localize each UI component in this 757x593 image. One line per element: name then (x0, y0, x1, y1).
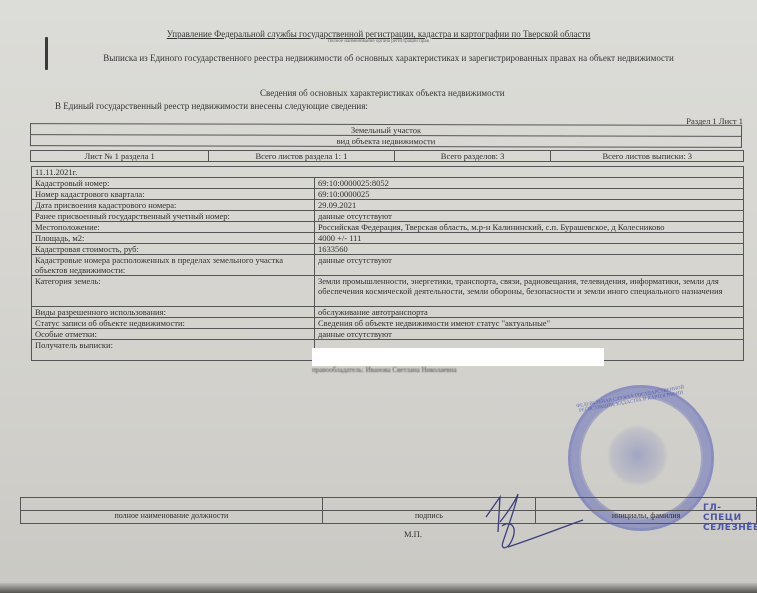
total-sheets-extract: Всего листов выписки: 3 (551, 151, 744, 162)
section-title: Сведения об основных характеристиках объ… (260, 88, 505, 98)
redaction-box (312, 348, 604, 366)
location: Российская Федерация, Тверская область, … (315, 222, 744, 233)
table-row: Дата присвоения кадастрового номера:29.0… (32, 200, 744, 211)
signature-table: полное наименование должности подпись ин… (20, 497, 757, 524)
permitted-use: обслуживание автотранспорта (315, 307, 744, 318)
table-row: Кадастровые номера расположенных в преде… (32, 255, 744, 276)
land-category: Земли промышленности, энергетики, трансп… (315, 276, 744, 307)
object-type-caption: вид объекта недвижимости (30, 135, 741, 148)
table-row: Площадь, м2:4000 +/- 111 (32, 233, 744, 244)
total-sheets-section: Всего листов раздела 1: 1 (209, 151, 394, 162)
eagle-emblem-icon (602, 420, 674, 492)
official-name-stamp: ГЛ- СПЕЦИ СЕЛЕЗНЁВ (703, 503, 757, 533)
cadastral-number: 69:10:0000025:8052 (315, 178, 744, 189)
extract-date: 11.11.2021г. (32, 167, 744, 178)
cadastral-value: 1633560 (315, 244, 744, 255)
authority-subtitle: полное наименование органа регистрации п… (0, 39, 757, 44)
seal-place: М.П. (404, 529, 422, 539)
cadastral-quarter: 69:10:0000025 (315, 189, 744, 200)
recipient-partial: правообладатель: Иванова Светлана Никола… (312, 366, 457, 374)
table-row: Местоположение:Российская Федерация, Тве… (32, 222, 744, 233)
area: 4000 +/- 111 (315, 233, 744, 244)
intro-text: В Единый государственный реестр недвижим… (55, 101, 368, 111)
table-row: Ранее присвоенный государственный учетны… (32, 211, 744, 222)
characteristics-table: 11.11.2021г. Кадастровый номер:69:10:000… (31, 166, 744, 361)
table-row: Особые отметки:данные отсутствуют (32, 329, 744, 340)
handwritten-signature-icon (478, 492, 588, 552)
page-edge (0, 583, 757, 593)
table-row: Категория земель:Земли промышленности, э… (32, 276, 744, 307)
position-caption: полное наименование должности (21, 511, 323, 524)
sheet-number: Лист № 1 раздела 1 (31, 151, 209, 162)
table-row: Кадастровый номер:69:10:0000025:8052 (32, 178, 744, 189)
total-sections: Всего разделов: 3 (394, 151, 551, 162)
seal-ring-text: ФЕДЕРАЛЬНАЯ СЛУЖБА ГОСУДАРСТВЕННОЙ РЕГИС… (567, 384, 695, 416)
extract-title: Выписка из Единого государственного реес… (20, 53, 757, 63)
table-row: Статус записи об объекте недвижимости:Св… (32, 318, 744, 329)
table-row: Виды разрешенного использования:обслужив… (32, 307, 744, 318)
object-type-table: Земельный участок вид объекта недвижимос… (30, 123, 742, 148)
assignment-date: 29.09.2021 (315, 200, 744, 211)
authority-title: Управление Федеральной службы государств… (0, 29, 757, 39)
table-row: Кадастровая стоимость, руб:1633560 (32, 244, 744, 255)
table-row: Номер кадастрового квартала:69:10:000002… (32, 189, 744, 200)
record-status: Сведения об объекте недвижимости имеют с… (315, 318, 744, 329)
pages-table: Лист № 1 раздела 1 Всего листов раздела … (30, 150, 744, 162)
